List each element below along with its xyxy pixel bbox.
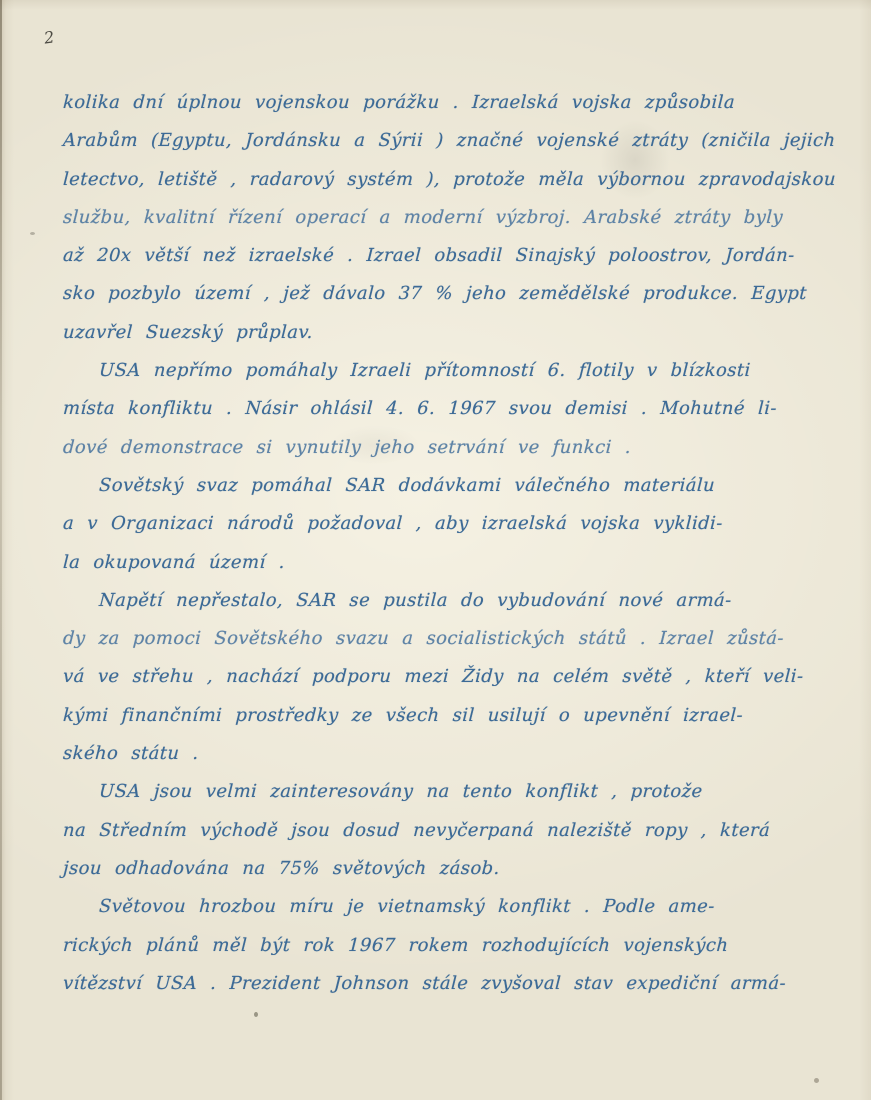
- handwritten-text-block: kolika dní úplnou vojenskou porážku . Iz…: [62, 84, 844, 1003]
- handwritten-line: rických plánů měl být rok 1967 rokem roz…: [62, 927, 846, 965]
- handwritten-line: USA nepřímo pomáhaly Izraeli přítomností…: [62, 352, 846, 390]
- handwritten-line: USA jsou velmi zainteresovány na tento k…: [62, 773, 846, 811]
- handwritten-line: Napětí nepřestalo, SAR se pustila do vyb…: [62, 582, 846, 620]
- handwritten-line: na Středním východě jsou dosud nevyčerpa…: [62, 812, 846, 850]
- handwritten-line: vítězství USA . Prezident Johnson stále …: [62, 965, 846, 1003]
- handwritten-line: sko pozbylo území , jež dávalo 37 % jeho…: [62, 275, 846, 313]
- handwritten-line: a v Organizaci národů požadoval , aby iz…: [62, 505, 846, 543]
- page-number: 2: [43, 27, 56, 47]
- scanned-page: 2 kolika dní úplnou vojenskou porážku . …: [0, 0, 871, 1100]
- handwritten-line: službu, kvalitní řízení operací a modern…: [62, 199, 846, 237]
- handwritten-line: uzavřel Suezský průplav.: [62, 314, 846, 352]
- handwritten-line: kolika dní úplnou vojenskou porážku . Iz…: [62, 84, 846, 122]
- handwritten-line: ského státu .: [62, 735, 846, 773]
- handwritten-line: dy za pomoci Sovětského svazu a socialis…: [62, 620, 846, 658]
- handwritten-line: Arabům (Egyptu, Jordánsku a Sýrii ) znač…: [62, 122, 846, 160]
- handwritten-line: kými finančními prostředky ze všech sil …: [62, 697, 846, 735]
- handwritten-line: dové demonstrace si vynutily jeho setrvá…: [62, 429, 846, 467]
- handwritten-line: letectvo, letiště , radarový systém ), p…: [62, 161, 846, 199]
- handwritten-line: la okupovaná území .: [62, 544, 846, 582]
- paper-speck: [814, 1078, 819, 1083]
- scan-edge-shadow: [0, 0, 2, 1100]
- handwritten-line: Sovětský svaz pomáhal SAR dodávkami vále…: [62, 467, 846, 505]
- handwritten-line: až 20x větší než izraelské . Izrael obsa…: [62, 237, 846, 275]
- handwritten-line: Světovou hrozbou míru je vietnamský konf…: [62, 888, 846, 926]
- handwritten-line: místa konfliktu . Násir ohlásil 4. 6. 19…: [62, 390, 846, 428]
- paper-speck: [254, 1012, 258, 1017]
- paper-speck: [30, 232, 35, 235]
- handwritten-line: vá ve střehu , nachází podporu mezi Židy…: [62, 658, 846, 696]
- handwritten-line: jsou odhadována na 75% světových zásob.: [62, 850, 846, 888]
